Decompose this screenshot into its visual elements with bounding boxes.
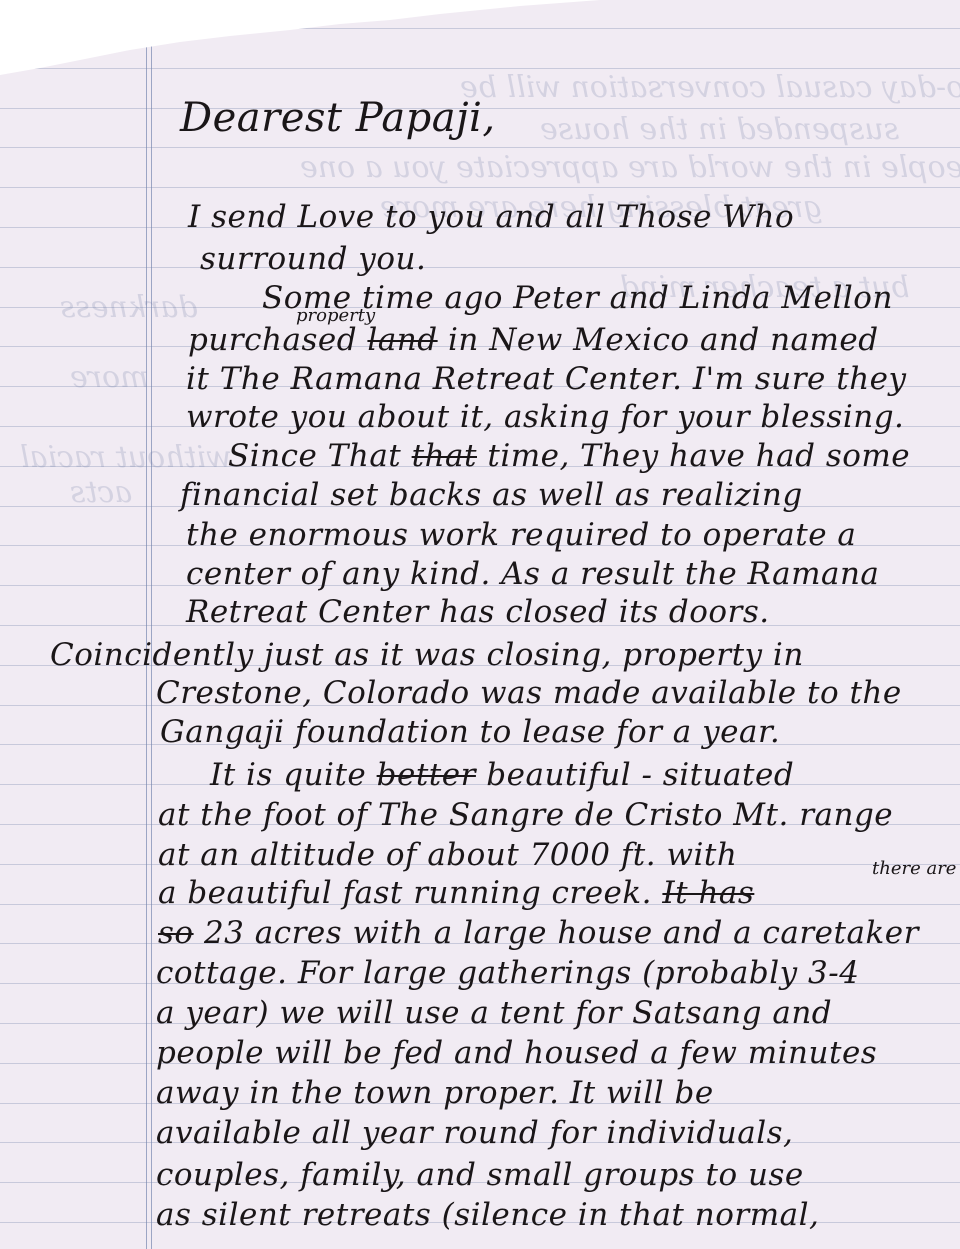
bleed-through-text: darkness	[60, 290, 197, 325]
letter-word: in New Mexico and named	[448, 322, 879, 358]
letter-word: a beautiful fast running creek.	[158, 875, 652, 911]
letter-line: Retreat Center has closed its doors.	[186, 597, 770, 628]
ruled-line	[0, 187, 960, 188]
letter-line: at an altitude of about 7000 ft. with	[158, 840, 737, 871]
letter-line: Gangaji foundation to lease for a year.	[160, 717, 780, 748]
letter-line: available all year round for individuals…	[156, 1118, 793, 1149]
letter-word: It is quite	[210, 757, 366, 793]
bleed-through-text: acts	[70, 475, 132, 510]
letter-line: purchased land in New Mexico and named	[188, 325, 879, 356]
letter-line: financial set backs as well as realizing	[180, 480, 803, 511]
letter-line: surround you.	[200, 244, 426, 275]
letter-line: cottage. For large gatherings (probably …	[156, 958, 859, 989]
letter-word: time, They have had some	[487, 438, 910, 474]
margin-line-left	[146, 0, 147, 1249]
letter-line: as silent retreats (silence in that norm…	[156, 1200, 819, 1231]
letter-line: center of any kind. As a result the Rama…	[186, 559, 879, 590]
struck-word: better	[377, 757, 476, 793]
letter-line: away in the town proper. It will be	[156, 1078, 714, 1109]
letter-line: Since That that time, They have had some	[228, 441, 910, 472]
ruled-line	[0, 28, 960, 29]
salutation: Dearest Papaji,	[180, 98, 496, 138]
letter-word: 23 acres with a large house and a careta…	[204, 915, 919, 951]
struck-word: It has	[662, 875, 754, 911]
letter-word: purchased	[188, 322, 357, 358]
letter-line: the enormous work required to operate a	[186, 520, 856, 551]
bleed-through-text: suspended in the house	[540, 112, 899, 147]
struck-word: so	[158, 915, 194, 951]
struck-word: that	[412, 438, 477, 474]
letter-line: a year) we will use a tent for Satsang a…	[156, 998, 832, 1029]
inserted-word: property	[296, 305, 375, 326]
ruled-line	[0, 267, 960, 268]
struck-word: land	[367, 322, 437, 358]
ruled-line	[0, 147, 960, 148]
letter-line: a beautiful fast running creek. It has	[158, 878, 754, 909]
bleed-through-text: day-to-day casual conversation will be	[460, 70, 960, 105]
bleed-through-text: more	[70, 360, 149, 395]
letter-line: Coincidently just as it was closing, pro…	[50, 640, 804, 671]
letter-line: it The Ramana Retreat Center. I'm sure t…	[186, 364, 907, 395]
letter-line: people will be fed and housed a few minu…	[156, 1038, 877, 1069]
letter-word: beautiful - situated	[486, 757, 794, 793]
ruled-line	[0, 68, 960, 69]
letter-paper: day-to-day casual conversation will be s…	[0, 0, 960, 1249]
letter-line: It is quite better beautiful - situated	[210, 760, 794, 791]
bleed-through-text: without racial	[20, 440, 232, 475]
letter-line: wrote you about it, asking for your bles…	[186, 402, 904, 433]
letter-line: I send Love to you and all Those Who	[188, 202, 794, 233]
inserted-word: there are	[872, 858, 956, 879]
letter-word: Since That	[228, 438, 401, 474]
letter-line: so 23 acres with a large house and a car…	[158, 918, 919, 949]
letter-line: Crestone, Colorado was made available to…	[156, 678, 902, 709]
bleed-through-text: People in the world are appreciate you a…	[300, 150, 960, 185]
letter-line: at the foot of The Sangre de Cristo Mt. …	[158, 800, 893, 831]
letter-line: couples, family, and small groups to use	[156, 1160, 804, 1191]
margin-line-right	[151, 0, 152, 1249]
